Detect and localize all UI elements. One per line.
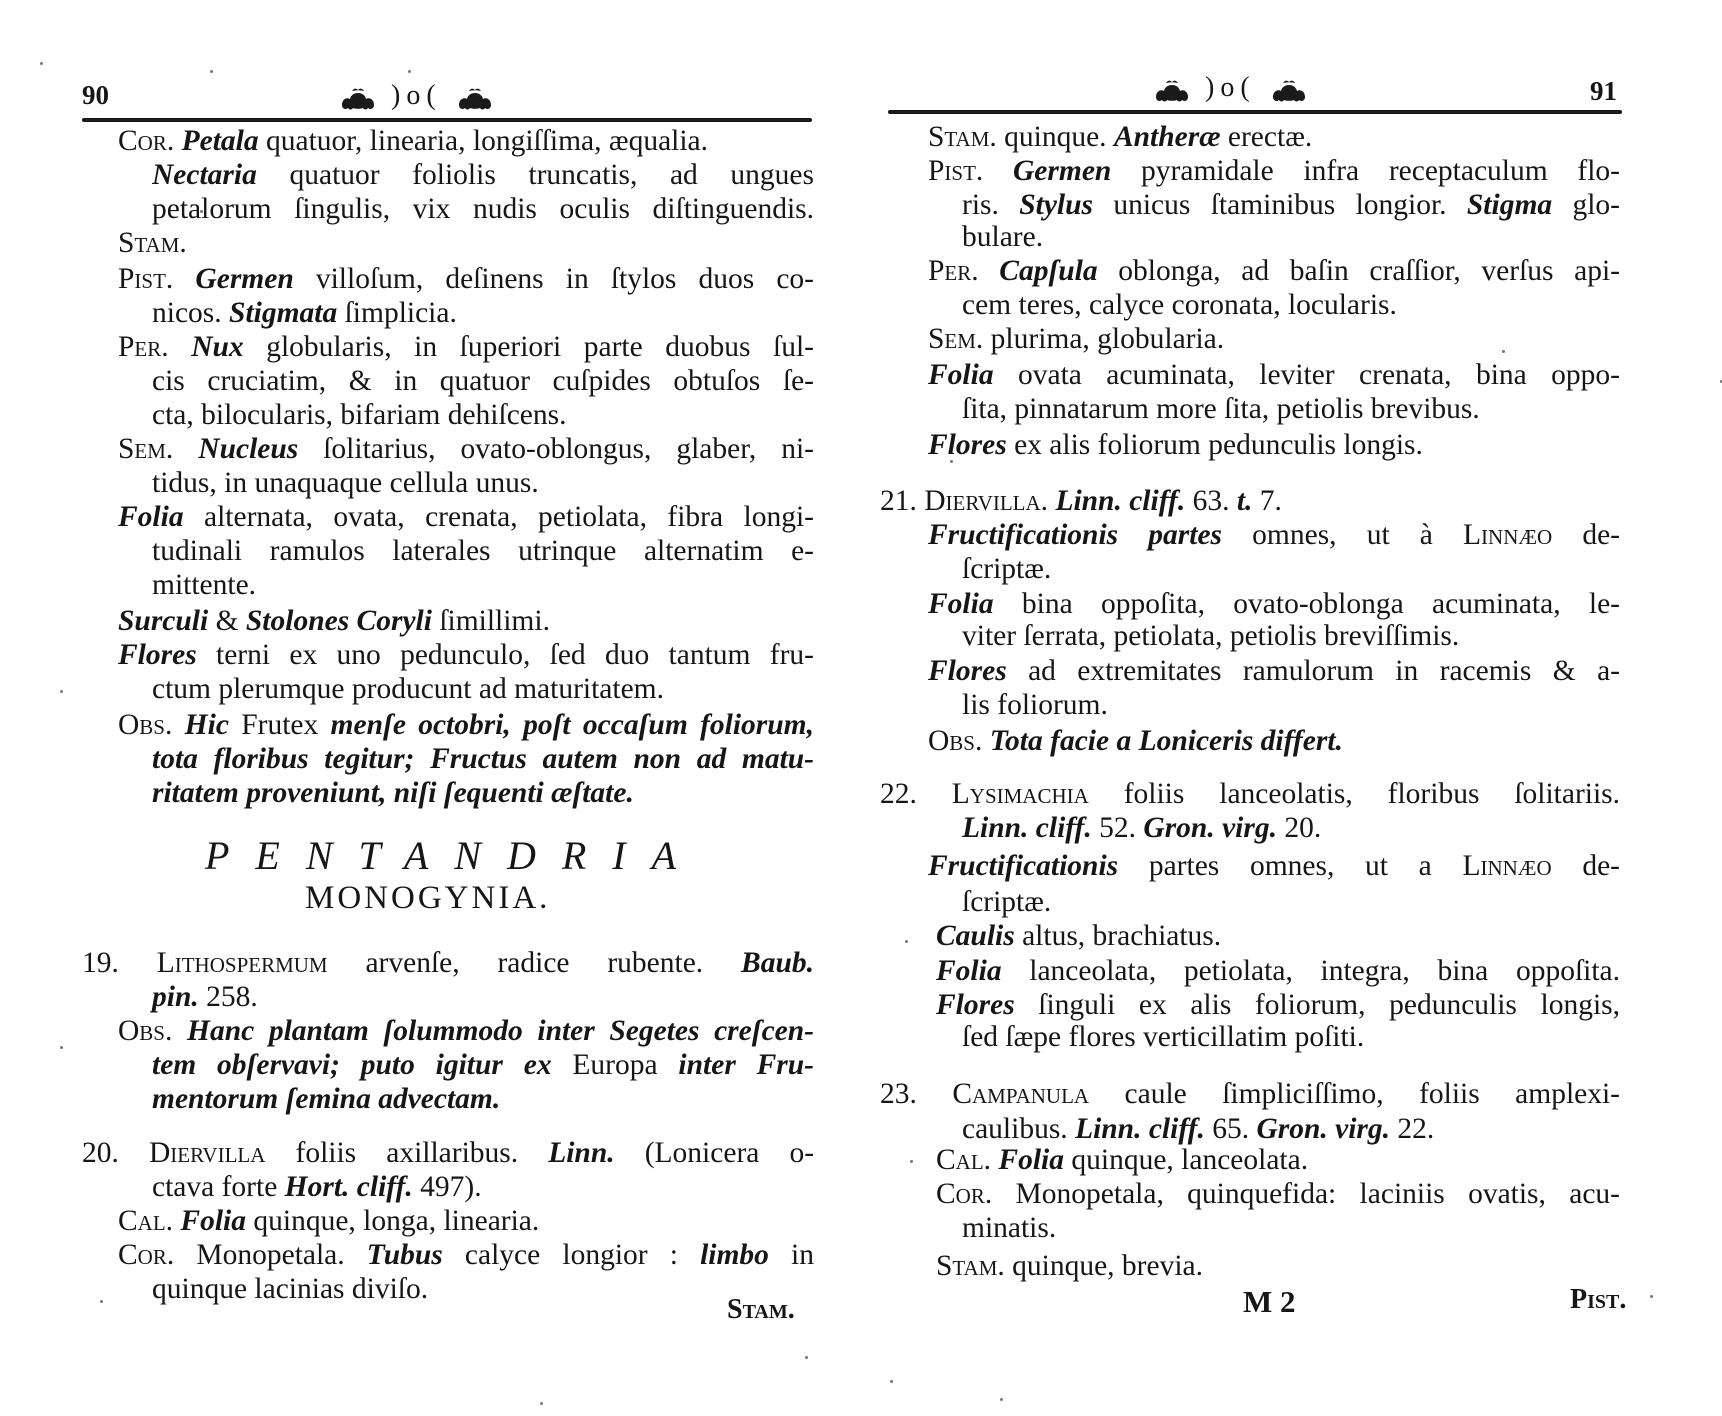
text-line: Fructificationis partes omnes, ut a Linn… <box>928 849 1620 883</box>
small-caps-term: Diervilla <box>149 1137 265 1169</box>
italic-term: inter Fru- <box>678 1049 814 1081</box>
text-run: 497). <box>413 1171 482 1203</box>
text-line: ctum plerumque producunt ad maturitatem. <box>152 672 788 706</box>
ink-speck <box>1650 1295 1653 1298</box>
text-line: ris. Stylus unicus ſtaminibus longior. S… <box>962 188 1620 222</box>
text-run: (Lonicera o- <box>615 1137 814 1169</box>
small-caps-term: Cor. <box>936 1178 992 1210</box>
ink-speck <box>1000 1398 1003 1401</box>
ink-speck <box>60 1046 63 1049</box>
text-run: foliis axillaribus. <box>265 1137 548 1169</box>
text-run: minatis. <box>962 1212 1056 1244</box>
italic-term: Hic <box>185 709 229 741</box>
text-run: mittente. <box>152 569 256 601</box>
italic-term: Stylus <box>1019 189 1093 221</box>
text-run: globularis, in ſuperiori parte duobus ſu… <box>244 331 814 363</box>
text-run: ſolitarius, ovato-oblongus, glaber, ni- <box>298 433 814 465</box>
text-line: Folia lanceolata, petiolata, integra, bi… <box>936 954 1620 988</box>
text-run: ſita, pinnatarum more ſita, petiolis bre… <box>962 393 1480 425</box>
text-line: cta, bilocularis, bifariam dehiſcens. <box>152 398 592 432</box>
small-caps-term: Obs. <box>118 1015 172 1047</box>
small-caps-term: Cal. <box>118 1205 173 1237</box>
italic-term: Nucleus <box>198 433 298 465</box>
header-rule <box>888 110 1622 114</box>
text-run: bina oppoſita, ovato-oblonga acuminata, … <box>994 588 1620 620</box>
text-line: cem teres, calyce coronata, locularis. <box>962 288 1462 322</box>
text-run: tudinali ramulos laterales utrinque alte… <box>152 535 814 567</box>
text-run: ſcriptæ. <box>962 553 1051 585</box>
italic-term: Fructificationis <box>928 850 1118 882</box>
text-run: 22. <box>880 778 952 810</box>
text-line: ctava forte Hort. cliff. 497). <box>152 1170 482 1204</box>
text-run: ſcriptæ. <box>962 886 1051 918</box>
subsection-title: MONOGYNIA. <box>305 880 550 917</box>
running-head-mid: )o( <box>391 80 442 111</box>
text-run: caulibus. <box>962 1113 1075 1145</box>
text-line: 20. Diervilla foliis axillaribus. Linn. … <box>82 1136 814 1170</box>
italic-term: Folia <box>928 359 994 391</box>
italic-term: Petala <box>182 125 259 157</box>
italic-term: Surculi <box>118 605 208 637</box>
text-line: Per. Capſula oblonga, ad baſin craſſior,… <box>928 254 1620 288</box>
italic-term: ritatem proveniunt, niſi ſequenti æſtate… <box>152 777 634 809</box>
text-line: 23. Campanula caule ſimpliciſſimo, folii… <box>880 1077 1620 1111</box>
signature-mark: M 2 <box>1243 1284 1296 1320</box>
italic-term: Hort. cliff. <box>285 1171 413 1203</box>
text-run: 22. <box>1390 1113 1434 1145</box>
text-line: Stam. <box>118 226 238 260</box>
text-run: caule ſimpliciſſimo, foliis amplexi- <box>1089 1078 1620 1110</box>
catchword: Pist. <box>1570 1284 1626 1316</box>
text-run: 20. <box>82 1137 149 1169</box>
italic-term: pin. <box>152 981 199 1013</box>
text-run: oblonga, ad baſin craſſior, verſus api- <box>1098 255 1620 287</box>
ink-speck <box>408 70 411 73</box>
text-run: viter ſerrata, petiolata, petiolis brevi… <box>962 620 1459 652</box>
small-caps-term: Diervilla. <box>924 485 1048 517</box>
text-line: Caulis altus, brachiatus. <box>936 919 1236 953</box>
text-run: ſimplicia. <box>337 297 457 329</box>
ink-speck <box>210 70 213 73</box>
text-line: ſcriptæ. <box>962 885 1092 919</box>
text-line: Sem. plurima, globularia. <box>928 322 1288 356</box>
ink-speck <box>1502 350 1505 353</box>
italic-term: Hanc plantam ſolummodo inter Segetes cre… <box>187 1015 814 1047</box>
text-run: unicus ſtaminibus longior. <box>1093 189 1467 221</box>
text-run: 23. <box>880 1078 952 1110</box>
text-run: foliis lanceolatis, floribus ſolitariis. <box>1089 778 1620 810</box>
italic-term: limbo <box>700 1239 769 1271</box>
text-run: ris. <box>962 189 1019 221</box>
small-caps-term: Linnæo <box>1463 519 1552 551</box>
text-line: Folia alternata, ovata, crenata, petiola… <box>118 500 814 534</box>
text-line: Cor. Petala quatuor, linearia, longiſſim… <box>118 124 814 158</box>
running-head-ornament: )o( <box>338 80 495 112</box>
italic-term: Folia <box>118 501 184 533</box>
ink-speck <box>40 62 43 65</box>
text-line: Flores ad extremitates ramulorum in race… <box>928 654 1620 688</box>
italic-term: Folia <box>998 1144 1064 1176</box>
ink-speck <box>100 1300 103 1303</box>
fleuron-icon <box>338 85 378 111</box>
small-caps-term: Cor. <box>118 1239 174 1271</box>
text-line: bulare. <box>962 220 1092 254</box>
italic-term: Flores <box>118 639 197 671</box>
left-page: 90 )o( Cor. Petala quatuor, linearia, lo… <box>0 0 860 1416</box>
ink-speck <box>805 1356 808 1359</box>
text-run <box>173 433 198 465</box>
text-line: pin. 258. <box>152 980 262 1014</box>
small-caps-term: Per. <box>928 255 979 287</box>
italic-term: Linn. cliff. <box>962 812 1092 844</box>
italic-term: Folia <box>936 955 1002 987</box>
text-line: tidus, in unaquaque cellula unus. <box>152 466 602 500</box>
fleuron-icon <box>1269 77 1309 103</box>
text-run: Frutex <box>229 709 331 741</box>
text-run: Monopetala, quinquefida: laciniis ovatis… <box>992 1178 1620 1210</box>
text-run: terni ex uno pedunculo, ſed duo tantum f… <box>197 639 814 671</box>
text-line: tudinali ramulos laterales utrinque alte… <box>152 534 814 568</box>
text-run: quinque, brevia. <box>1005 1250 1203 1282</box>
text-run: ad extremitates ramulorum in racemis & a… <box>1007 655 1620 687</box>
text-run: plurima, globularia. <box>983 323 1224 355</box>
page-number: 90 <box>82 80 109 111</box>
text-run: nicos. <box>152 297 229 329</box>
text-line: Obs. Hic Frutex menſe octobri, poſt occa… <box>118 708 814 742</box>
ink-speck <box>910 1160 913 1163</box>
page-number: 91 <box>1590 76 1617 107</box>
text-run: arvenſe, radice rubente. <box>328 947 741 979</box>
text-line: Fructificationis partes omnes, ut à Linn… <box>928 518 1620 552</box>
text-run: 21. <box>880 485 924 517</box>
text-run: quatuor, linearia, longiſſima, æqualia. <box>259 125 708 157</box>
text-line: 22. Lysimachia foliis lanceolatis, flori… <box>880 777 1620 811</box>
text-line: Stam. quinque, brevia. <box>936 1249 1276 1283</box>
text-line: ſcriptæ. <box>962 552 1092 586</box>
text-run <box>174 125 181 157</box>
italic-term: Linn. <box>548 1137 614 1169</box>
text-run: 7. <box>1252 485 1282 517</box>
text-run: ctum plerumque producunt ad maturitatem. <box>152 673 664 705</box>
text-run: cem teres, calyce coronata, locularis. <box>962 289 1397 321</box>
text-line: Cal. Folia quinque, lanceolata. <box>936 1143 1356 1177</box>
ink-speck <box>950 460 953 463</box>
small-caps-term: Pist. <box>928 155 983 187</box>
text-line: Obs. Hanc plantam ſolummodo inter Segete… <box>118 1014 814 1048</box>
italic-term: Antheræ <box>1114 121 1221 153</box>
fleuron-icon <box>1152 77 1192 103</box>
text-line: Cor. Monopetala, quinquefida: laciniis o… <box>936 1177 1620 1211</box>
text-run: lis foliorum. <box>962 689 1108 721</box>
text-run: calyce longior : <box>443 1239 700 1271</box>
text-run: erectæ. <box>1221 121 1313 153</box>
text-line: Linn. cliff. 52. Gron. virg. 20. <box>962 811 1392 845</box>
text-line: Surculi & Stolones Coryli ſimillimi. <box>118 604 588 638</box>
text-line: Pist. Germen villoſum, deſinens in ſtylo… <box>118 262 814 296</box>
text-line: Folia bina oppoſita, ovato-oblonga acumi… <box>928 587 1620 621</box>
text-run: Monopetala. <box>174 1239 367 1271</box>
text-run: 52. <box>1092 812 1144 844</box>
ink-speck <box>540 1402 543 1405</box>
text-run <box>172 1015 187 1047</box>
italic-term: Germen <box>195 263 293 295</box>
text-run: 258. <box>199 981 258 1013</box>
section-title: PENTANDRIA <box>205 832 702 879</box>
text-run: in <box>769 1239 814 1271</box>
italic-term: Stigmata <box>229 297 337 329</box>
text-run <box>169 331 192 363</box>
italic-term: Tota facie a Loniceris differt. <box>990 725 1343 757</box>
italic-term: tem obſervavi; puto igitur ex <box>152 1049 552 1081</box>
italic-term: Tubus <box>367 1239 443 1271</box>
ink-speck <box>890 1380 893 1383</box>
header-rule <box>82 118 812 122</box>
text-run: 65. <box>1205 1113 1257 1145</box>
small-caps-term: Sem. <box>928 323 983 355</box>
text-line: Stam. quinque. Antheræ erectæ. <box>928 120 1348 154</box>
text-line: 19. Lithospermum arvenſe, radice rubente… <box>82 946 814 980</box>
italic-term: Stolones Coryli <box>246 605 432 637</box>
small-caps-term: Per. <box>118 331 169 363</box>
text-run <box>172 709 184 741</box>
text-line: quinque lacinias diviſo. <box>152 1272 482 1306</box>
text-run: cta, bilocularis, bifariam dehiſcens. <box>152 399 566 431</box>
italic-term: Folia <box>180 1205 246 1237</box>
italic-term: Baub. <box>741 947 814 979</box>
right-page: )o( 91 Stam. quinque. Antheræ erectæ.Pis… <box>860 0 1722 1416</box>
text-line: ritatem proveniunt, niſi ſequenti æſtate… <box>152 776 684 810</box>
text-line: Per. Nux globularis, in ſuperiori parte … <box>118 330 814 364</box>
text-run: & <box>208 605 246 637</box>
text-run: quinque lacinias diviſo. <box>152 1273 428 1305</box>
text-run: ſinguli ex alis foliorum, pedunculis lon… <box>1015 989 1620 1021</box>
italic-term: Stigma <box>1467 189 1552 221</box>
text-run: ctava forte <box>152 1171 285 1203</box>
text-line: Pist. Germen pyramidale infra receptacul… <box>928 154 1620 188</box>
small-caps-term: Campanula <box>952 1078 1089 1110</box>
small-caps-term: Linnæo <box>1462 850 1551 882</box>
small-caps-term: Pist. <box>118 263 173 295</box>
text-run: 19. <box>82 947 157 979</box>
text-line: Flores ſinguli ex alis foliorum, peduncu… <box>936 988 1620 1022</box>
text-line: minatis. <box>962 1211 1082 1245</box>
text-run: quatuor foliolis truncatis, ad ungues <box>257 159 814 191</box>
text-line: Sem. Nucleus ſolitarius, ovato-oblongus,… <box>118 432 814 466</box>
text-run: omnes, ut à <box>1222 519 1463 551</box>
text-run: Europa <box>552 1049 679 1081</box>
text-run: bulare. <box>962 221 1043 253</box>
italic-term: Nux <box>191 331 243 363</box>
text-run: ovata acuminata, leviter crenata, bina o… <box>994 359 1620 391</box>
text-run: partes omnes, ut a <box>1118 850 1462 882</box>
small-caps-term: Obs. <box>928 725 982 757</box>
small-caps-term: Lithospermum <box>157 947 328 979</box>
italic-term: mentorum ſemina advectam. <box>152 1083 500 1115</box>
text-run <box>982 725 989 757</box>
text-run <box>173 263 195 295</box>
text-line: tem obſervavi; puto igitur ex Europa int… <box>152 1048 814 1082</box>
text-run: altus, brachiatus. <box>1015 920 1221 952</box>
text-run: quinque, longa, linearia. <box>246 1205 539 1237</box>
italic-term: Flores <box>936 989 1015 1021</box>
italic-term: Flores <box>928 655 1007 687</box>
italic-term: Folia <box>928 588 994 620</box>
italic-term: menſe octobri, poſt occaſum foliorum, <box>331 709 814 741</box>
text-run: petalorum ſingulis, vix nudis oculis diſ… <box>152 193 814 225</box>
small-caps-term: Stam. <box>118 227 187 259</box>
italic-term: Linn. cliff. <box>1055 485 1185 517</box>
italic-term: Caulis <box>936 920 1015 952</box>
text-run <box>983 155 1013 187</box>
text-line: nicos. Stigmata ſimplicia. <box>152 296 492 330</box>
small-caps-term: Lysimachia <box>952 778 1089 810</box>
catchword: Stam. <box>727 1294 795 1326</box>
text-run: quinque. <box>997 121 1114 153</box>
italic-term: tota floribus tegitur; Fructus autem non… <box>152 743 814 775</box>
italic-term: Nectaria <box>152 159 257 191</box>
text-line: lis foliorum. <box>962 688 1132 722</box>
text-run: de- <box>1552 519 1620 551</box>
small-caps-term: Cor. <box>118 125 174 157</box>
text-line: Nectaria quatuor foliolis truncatis, ad … <box>152 158 814 192</box>
text-line: mittente. <box>152 568 282 602</box>
text-run: quinque, lanceolata. <box>1064 1144 1308 1176</box>
text-run: glo- <box>1552 189 1620 221</box>
fleuron-icon <box>455 85 495 111</box>
text-line: tota floribus tegitur; Fructus autem non… <box>152 742 814 776</box>
running-head-mid: )o( <box>1205 72 1256 103</box>
text-run: villoſum, deſinens in ſtylos duos co- <box>294 263 814 295</box>
ink-speck <box>60 690 63 693</box>
text-run: de- <box>1552 850 1620 882</box>
ink-speck <box>200 210 203 213</box>
text-run: tidus, in unaquaque cellula unus. <box>152 467 539 499</box>
ink-speck <box>905 940 908 943</box>
italic-term: Linn. cliff. <box>1075 1113 1205 1145</box>
text-run: lanceolata, petiolata, integra, bina opp… <box>1002 955 1620 987</box>
text-run: cis cruciatim, & in quatuor cuſpides obt… <box>152 365 814 397</box>
italic-term: Flores <box>928 429 1007 461</box>
text-line: mentorum ſemina advectam. <box>152 1082 532 1116</box>
italic-term: Gron. virg. <box>1256 1113 1390 1145</box>
text-run: ſimillimi. <box>432 605 550 637</box>
text-line: Flores terni ex uno pedunculo, ſed duo t… <box>118 638 814 672</box>
text-run: ſed ſæpe flores verticillatim poſiti. <box>962 1021 1364 1053</box>
text-run: pyramidale infra receptaculum flo- <box>1111 155 1620 187</box>
text-run: 63. <box>1185 485 1237 517</box>
italic-term: Capſula <box>999 255 1097 287</box>
text-line: Flores ex alis foliorum pedunculis longi… <box>928 428 1518 462</box>
small-caps-term: Cal. <box>936 1144 991 1176</box>
small-caps-term: Sem. <box>118 433 173 465</box>
italic-term: t. <box>1237 485 1253 517</box>
text-run: 20. <box>1277 812 1321 844</box>
text-run: ex alis foliorum pedunculis longis. <box>1007 429 1423 461</box>
running-head-ornament: )o( <box>1152 72 1309 104</box>
text-line: Folia ovata acuminata, leviter crenata, … <box>928 358 1620 392</box>
text-line: cis cruciatim, & in quatuor cuſpides obt… <box>152 364 814 398</box>
small-caps-term: Stam. <box>936 1250 1005 1282</box>
text-line: 21. Diervilla. Linn. cliff. 63. t. 7. <box>880 484 1380 518</box>
italic-term: Fructificationis partes <box>928 519 1222 551</box>
text-line: Cor. Monopetala. Tubus calyce longior : … <box>118 1238 814 1272</box>
text-line: ſita, pinnatarum more ſita, petiolis bre… <box>962 392 1602 426</box>
text-line: Obs. Tota facie a Loniceris differt. <box>928 724 1428 758</box>
text-run <box>979 255 1000 287</box>
text-line: ſed ſæpe flores verticillatim poſiti. <box>962 1020 1382 1054</box>
small-caps-term: Stam. <box>928 121 997 153</box>
italic-term: Gron. virg. <box>1143 812 1277 844</box>
text-line: Cal. Folia quinque, longa, linearia. <box>118 1204 588 1238</box>
text-run: alternata, ovata, crenata, petiolata, fi… <box>184 501 814 533</box>
italic-term: Germen <box>1013 155 1111 187</box>
text-line: petalorum ſingulis, vix nudis oculis diſ… <box>152 192 814 226</box>
small-caps-term: Obs. <box>118 709 172 741</box>
text-line: viter ſerrata, petiolata, petiolis brevi… <box>962 619 1542 653</box>
text-line: caulibus. Linn. cliff. 65. Gron. virg. 2… <box>962 1112 1502 1146</box>
